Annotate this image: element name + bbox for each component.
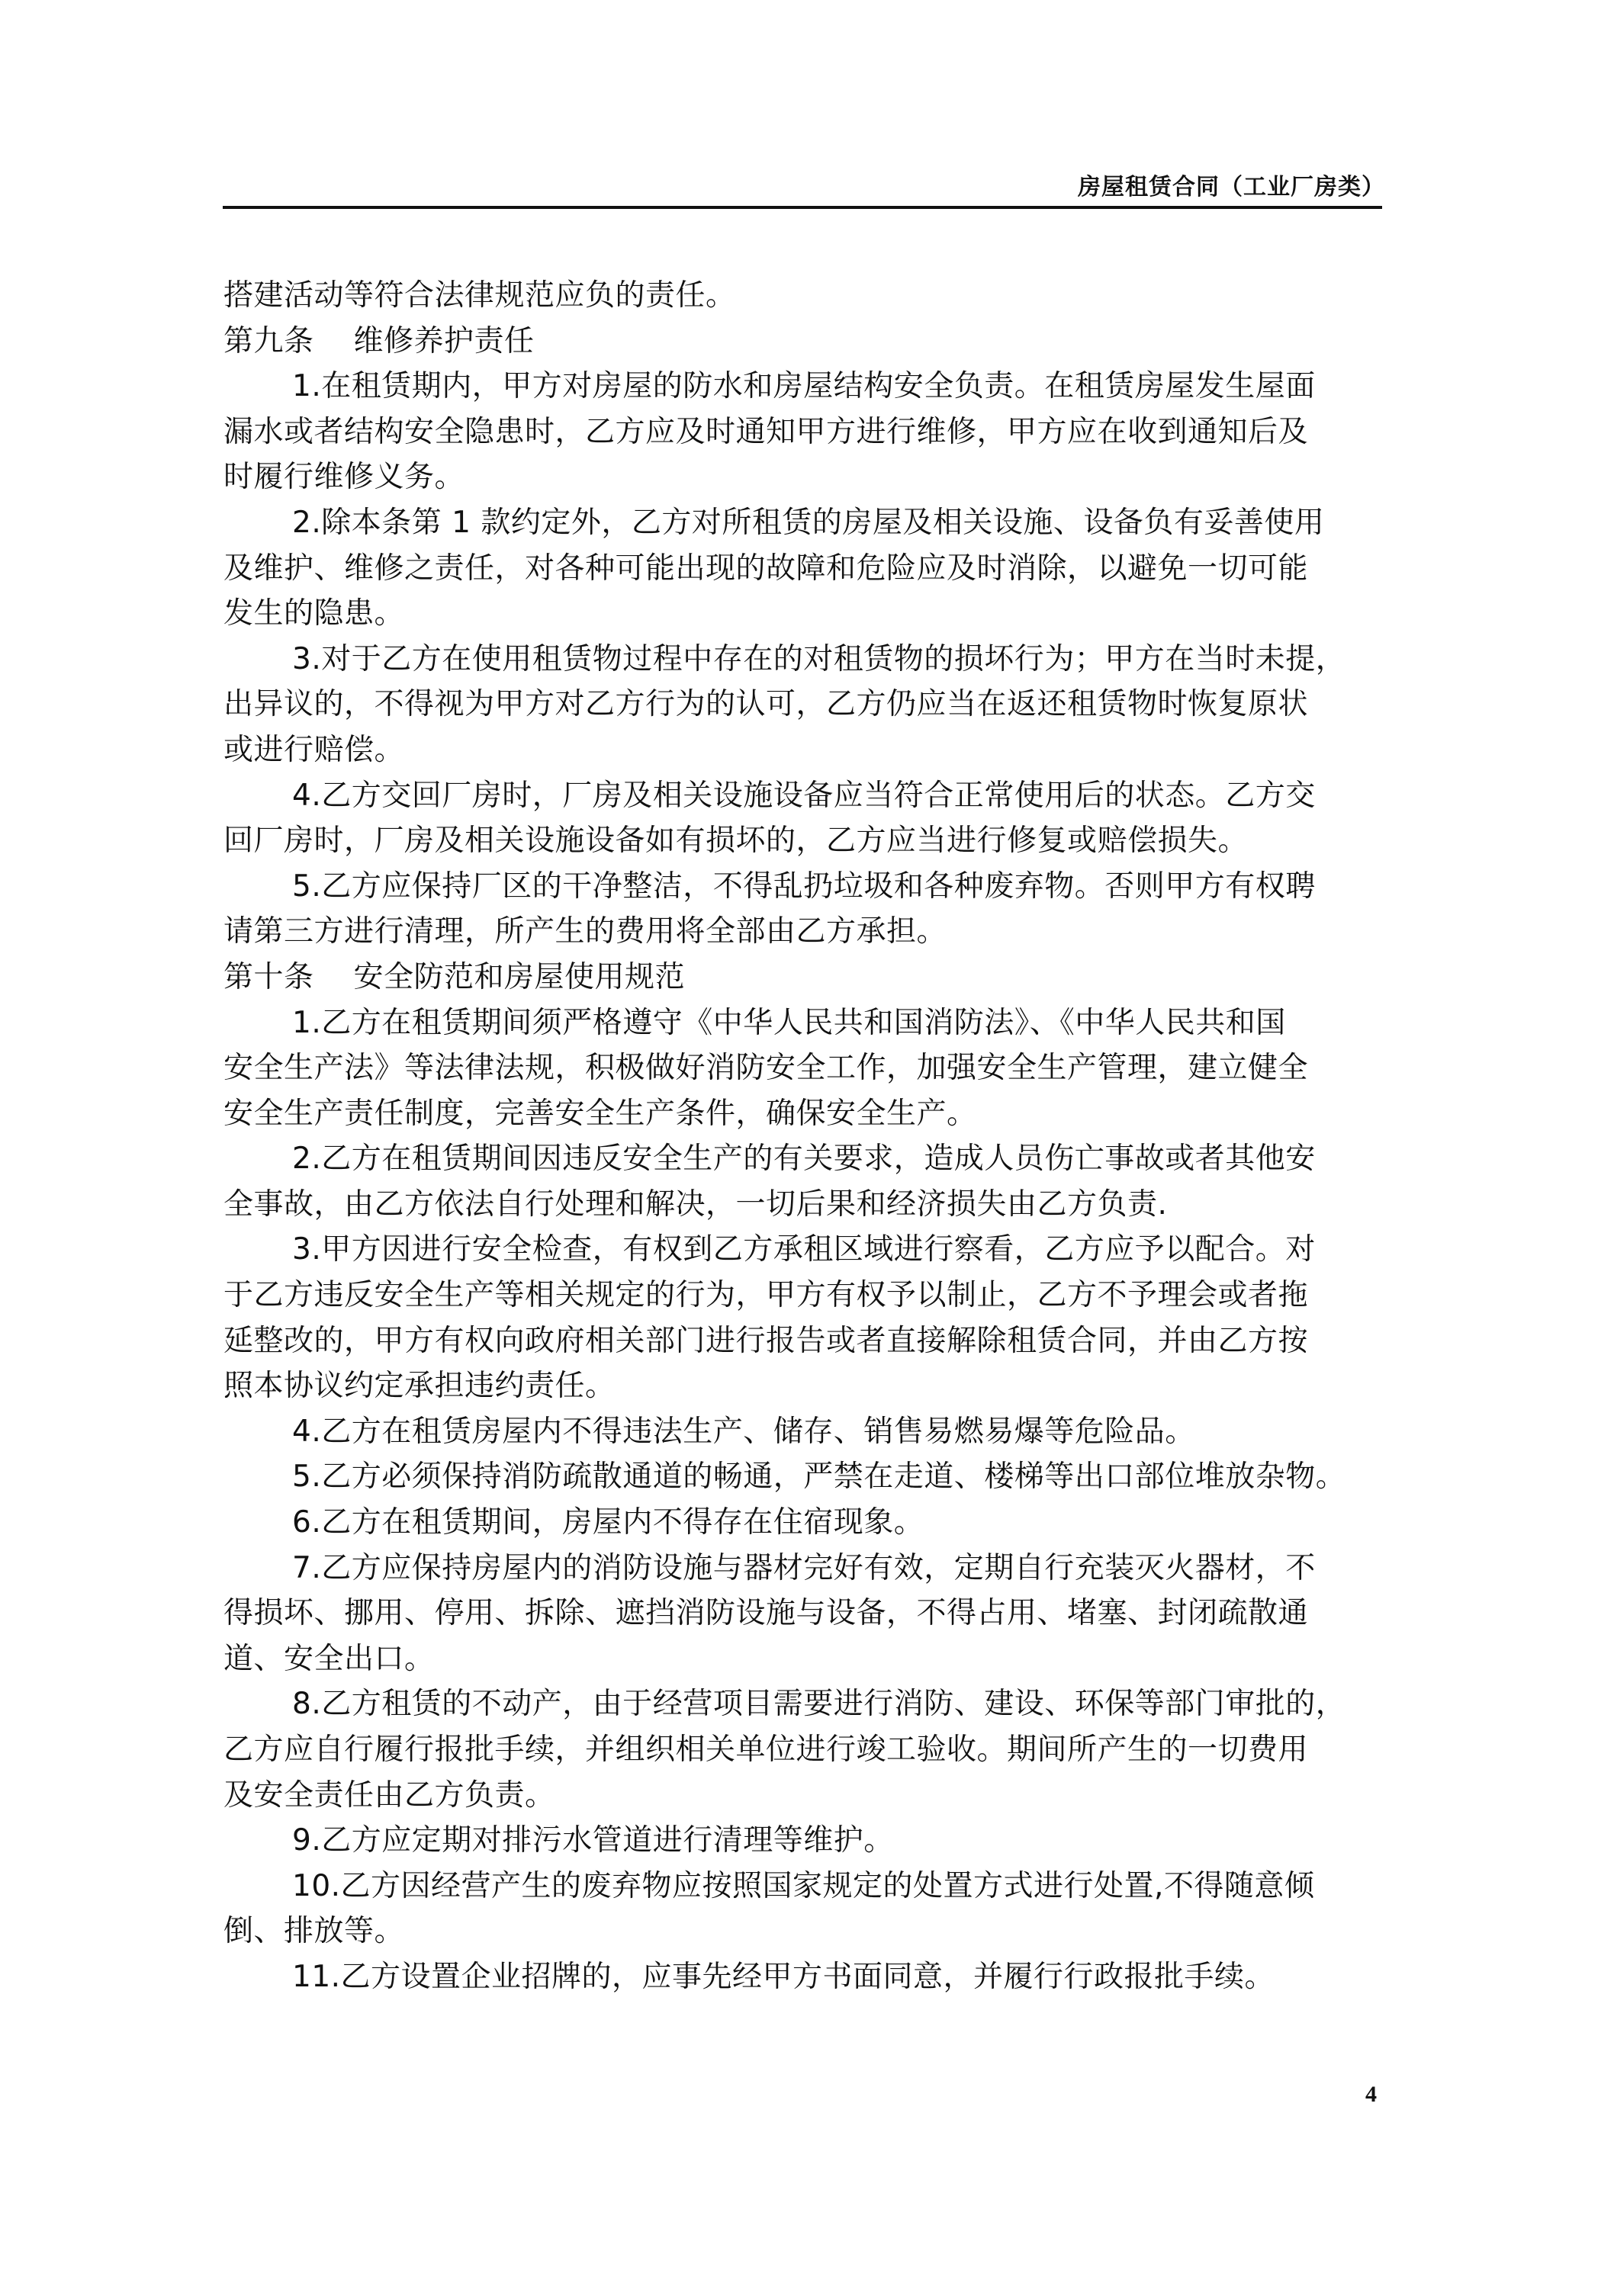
clause-start-line: 5.乙方必须保持消防疏散通道的畅通，严禁在走道、楼梯等出口部位堆放杂物。 <box>223 1454 1384 1500</box>
text-line: 乙方应自行履行报批手续，并组织相关单位进行竣工验收。期间所产生的一切费用 <box>223 1727 1384 1773</box>
clause-start-line: 6.乙方在租赁期间，房屋内不得存在住宿现象。 <box>223 1500 1384 1546</box>
contract-body: 搭建活动等符合法律规范应负的责任。第九条维修养护责任1.在租赁期内，甲方对房屋的… <box>223 273 1384 2000</box>
page-number: 4 <box>1365 2082 1377 2108</box>
text-line: 照本协议约定承担违约责任。 <box>223 1363 1384 1409</box>
clause-start-line: 3.对于乙方在使用租赁物过程中存在的对租赁物的损坏行为；甲方在当时未提， <box>223 637 1384 682</box>
clause-start-line: 8.乙方租赁的不动产，由于经营项目需要进行消防、建设、环保等部门审批的， <box>223 1681 1384 1727</box>
clause-start-line: 3.甲方因进行安全检查，有权到乙方承租区域进行察看，乙方应予以配合。对 <box>223 1227 1384 1273</box>
text-line: 安全生产法》等法律法规，积极做好消防安全工作，加强安全生产管理，建立健全 <box>223 1045 1384 1091</box>
clause-start-line: 9.乙方应定期对排污水管道进行清理等维护。 <box>223 1818 1384 1864</box>
text-line: 或进行赔偿。 <box>223 727 1384 773</box>
article-heading: 第十条安全防范和房屋使用规范 <box>223 955 1384 1000</box>
text-line: 发生的隐患。 <box>223 591 1384 637</box>
clause-start-line: 4.乙方在租赁房屋内不得违法生产、储存、销售易燃易爆等危险品。 <box>223 1409 1384 1455</box>
text-line: 及安全责任由乙方负责。 <box>223 1773 1384 1819</box>
clause-start-line: 7.乙方应保持房屋内的消防设施与器材完好有效，定期自行充装灭火器材，不 <box>223 1546 1384 1591</box>
text-line: 请第三方进行清理，所产生的费用将全部由乙方承担。 <box>223 909 1384 955</box>
article-number: 第十条 <box>223 960 314 994</box>
clause-start-line: 2.除本条第 1 款约定外，乙方对所租赁的房屋及相关设施、设备负有妥善使用 <box>223 500 1384 546</box>
text-line: 出异议的，不得视为甲方对乙方行为的认可，乙方仍应当在返还租赁物时恢复原状 <box>223 682 1384 727</box>
text-line: 全事故，由乙方依法自行处理和解决，一切后果和经济损失由乙方负责. <box>223 1182 1384 1228</box>
header-divider <box>223 206 1382 209</box>
clause-start-line: 1.乙方在租赁期间须严格遵守《中华人民共和国消防法》、《中华人民共和国 <box>223 1000 1384 1046</box>
text-line: 倒、排放等。 <box>223 1909 1384 1954</box>
text-line: 回厂房时，厂房及相关设施设备如有损坏的，乙方应当进行修复或赔偿损失。 <box>223 818 1384 864</box>
text-line: 搭建活动等符合法律规范应负的责任。 <box>223 273 1384 319</box>
clause-start-line: 1.在租赁期内，甲方对房屋的防水和房屋结构安全负责。在租赁房屋发生屋面 <box>223 364 1384 409</box>
text-line: 道、安全出口。 <box>223 1636 1384 1682</box>
clause-start-line: 10.乙方因经营产生的废弃物应按照国家规定的处置方式进行处置,不得随意倾 <box>223 1864 1384 1909</box>
text-line: 于乙方违反安全生产等相关规定的行为，甲方有权予以制止，乙方不予理会或者拖 <box>223 1273 1384 1318</box>
text-line: 时履行维修义务。 <box>223 454 1384 500</box>
text-line: 及维护、维修之责任，对各种可能出现的故障和危险应及时消除，以避免一切可能 <box>223 546 1384 592</box>
running-header-title: 房屋租赁合同（工业厂房类） <box>1078 168 1385 201</box>
clause-start-line: 5.乙方应保持厂区的干净整洁，不得乱扔垃圾和各种废弃物。否则甲方有权聘 <box>223 864 1384 910</box>
text-line: 漏水或者结构安全隐患时，乙方应及时通知甲方进行维修，甲方应在收到通知后及 <box>223 409 1384 455</box>
article-heading: 第九条维修养护责任 <box>223 319 1384 364</box>
article-title: 安全防范和房屋使用规范 <box>354 960 686 994</box>
clause-start-line: 4.乙方交回厂房时，厂房及相关设施设备应当符合正常使用后的状态。乙方交 <box>223 773 1384 819</box>
text-line: 得损坏、挪用、停用、拆除、遮挡消防设施与设备，不得占用、堵塞、封闭疏散通 <box>223 1591 1384 1636</box>
article-number: 第九条 <box>223 324 314 358</box>
text-line: 安全生产责任制度，完善安全生产条件，确保安全生产。 <box>223 1091 1384 1137</box>
document-page: 房屋租赁合同（工业厂房类） 搭建活动等符合法律规范应负的责任。第九条维修养护责任… <box>0 0 1614 2296</box>
clause-start-line: 11.乙方设置企业招牌的，应事先经甲方书面同意，并履行行政报批手续。 <box>223 1954 1384 2000</box>
article-title: 维修养护责任 <box>354 324 535 358</box>
clause-start-line: 2.乙方在租赁期间因违反安全生产的有关要求，造成人员伤亡事故或者其他安 <box>223 1136 1384 1182</box>
text-line: 延整改的，甲方有权向政府相关部门进行报告或者直接解除租赁合同，并由乙方按 <box>223 1318 1384 1364</box>
